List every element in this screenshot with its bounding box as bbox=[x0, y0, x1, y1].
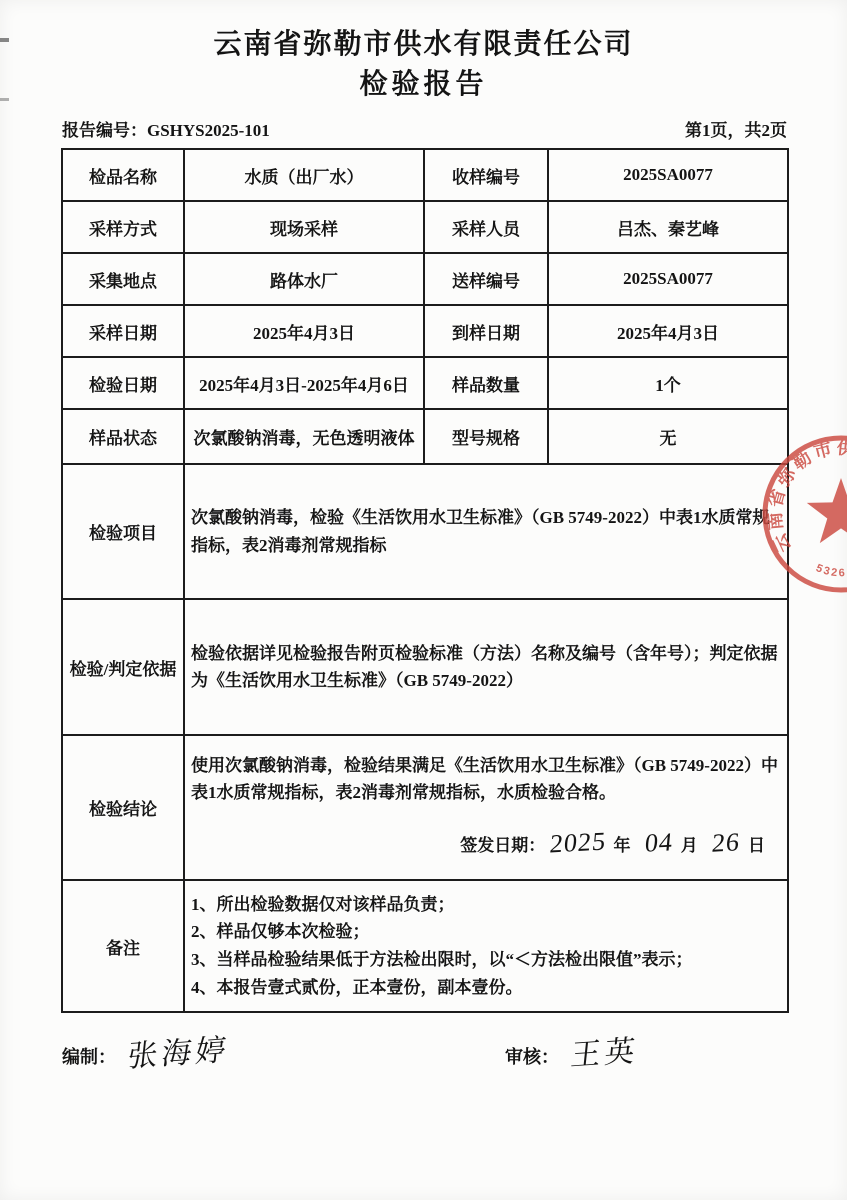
seal-code: 5326 bbox=[814, 562, 847, 579]
remark-line: 3、当样品检验结果低于方法检出限时，以“＜方法检出限值”表示； bbox=[191, 946, 781, 974]
field-label: 采样人员 bbox=[424, 201, 548, 253]
basis-row: 检验/判定依据 检验依据详见检验报告附页检验标准（方法）名称及编号（含年号）；判… bbox=[62, 599, 788, 735]
inspection-items-text: 次氯酸钠消毒，检验《生活饮用水卫生标准》（GB 5749-2022）中表1水质常… bbox=[184, 464, 788, 599]
remark-line: 1、所出检验数据仅对该样品负责； bbox=[191, 891, 781, 919]
reviewed-by-label: 审核： bbox=[505, 1047, 559, 1067]
report-page: 云南省弥勒市供水有限责任公司 检验报告 报告编号：GSHYS2025-101 第… bbox=[0, 0, 847, 1200]
report-meta-row: 报告编号：GSHYS2025-101 第1页，共2页 bbox=[62, 116, 787, 141]
table-row: 采集地点 路体水厂 送样编号 2025SA0077 bbox=[62, 253, 788, 305]
section-label: 备注 bbox=[62, 880, 184, 1012]
table-row: 采样方式 现场采样 采样人员 吕杰、秦艺峰 bbox=[62, 201, 788, 253]
page-indicator: 第1页，共2页 bbox=[685, 116, 787, 141]
reviewed-by-signature: 王英 bbox=[569, 1025, 642, 1074]
report-number: 报告编号：GSHYS2025-101 bbox=[62, 116, 270, 141]
sign-date-label: 签发日期： bbox=[460, 836, 545, 855]
conclusion-text: 使用次氯酸钠消毒，检验结果满足《生活饮用水卫生标准》（GB 5749-2022）… bbox=[191, 752, 781, 806]
field-value: 水质（出厂水） bbox=[184, 149, 424, 201]
field-value: 2025年4月3日 bbox=[548, 305, 788, 357]
report-number-value: GSHYS2025-101 bbox=[147, 121, 270, 140]
report-title: 检验报告 bbox=[0, 62, 847, 102]
field-label: 到样日期 bbox=[424, 305, 548, 357]
field-label: 检品名称 bbox=[62, 149, 184, 201]
field-label: 收样编号 bbox=[424, 149, 548, 201]
remark-line: 4、本报告壹式贰份，正本壹份，副本壹份。 bbox=[191, 974, 781, 1002]
report-info-table: 检品名称 水质（出厂水） 收样编号 2025SA0077 采样方式 现场采样 采… bbox=[61, 148, 789, 1013]
conclusion-row: 检验结论 使用次氯酸钠消毒，检验结果满足《生活饮用水卫生标准》（GB 5749-… bbox=[62, 735, 788, 880]
inspection-items-row: 检验项目 次氯酸钠消毒，检验《生活饮用水卫生标准》（GB 5749-2022）中… bbox=[62, 464, 788, 599]
field-value: 1个 bbox=[548, 357, 788, 409]
signature-footer: 编制：张海婷 审核：王英 bbox=[62, 1022, 787, 1078]
sign-date-month: 04 bbox=[643, 821, 675, 864]
section-label: 检验结论 bbox=[62, 735, 184, 880]
field-value: 2025SA0077 bbox=[548, 149, 788, 201]
field-label: 样品数量 bbox=[424, 357, 548, 409]
year-unit: 年 bbox=[614, 836, 631, 855]
section-label: 检验项目 bbox=[62, 464, 184, 599]
field-value: 2025年4月3日-2025年4月6日 bbox=[184, 357, 424, 409]
section-label: 检验/判定依据 bbox=[62, 599, 184, 735]
field-value: 次氯酸钠消毒，无色透明液体 bbox=[184, 409, 424, 464]
field-value: 无 bbox=[548, 409, 788, 464]
field-label: 型号规格 bbox=[424, 409, 548, 464]
table-row: 样品状态 次氯酸钠消毒，无色透明液体 型号规格 无 bbox=[62, 409, 788, 464]
field-value: 吕杰、秦艺峰 bbox=[548, 201, 788, 253]
company-title: 云南省弥勒市供水有限责任公司 bbox=[0, 22, 847, 62]
report-number-label: 报告编号： bbox=[62, 121, 147, 140]
field-label: 采集地点 bbox=[62, 253, 184, 305]
table-row: 检品名称 水质（出厂水） 收样编号 2025SA0077 bbox=[62, 149, 788, 201]
field-label: 送样编号 bbox=[424, 253, 548, 305]
field-value: 2025SA0077 bbox=[548, 253, 788, 305]
conclusion-cell: 使用次氯酸钠消毒，检验结果满足《生活饮用水卫生标准》（GB 5749-2022）… bbox=[184, 735, 788, 880]
remark-line: 2、样品仅够本次检验； bbox=[191, 918, 781, 946]
basis-text: 检验依据详见检验报告附页检验标准（方法）名称及编号（含年号）；判定依据为《生活饮… bbox=[184, 599, 788, 735]
month-unit: 月 bbox=[681, 836, 698, 855]
day-unit: 日 bbox=[748, 836, 765, 855]
field-label: 采样日期 bbox=[62, 305, 184, 357]
sign-date-day: 26 bbox=[710, 821, 742, 864]
field-label: 采样方式 bbox=[62, 201, 184, 253]
field-value: 2025年4月3日 bbox=[184, 305, 424, 357]
remarks-row: 备注 1、所出检验数据仅对该样品负责； 2、样品仅够本次检验； 3、当样品检验结… bbox=[62, 880, 788, 1012]
table-row: 检验日期 2025年4月3日-2025年4月6日 样品数量 1个 bbox=[62, 357, 788, 409]
star-icon bbox=[807, 478, 847, 543]
remarks-cell: 1、所出检验数据仅对该样品负责； 2、样品仅够本次检验； 3、当样品检验结果低于… bbox=[184, 880, 788, 1012]
sign-date-line: 签发日期： 2025年 04月 26日 bbox=[191, 822, 781, 864]
field-label: 检验日期 bbox=[62, 357, 184, 409]
field-value: 现场采样 bbox=[184, 201, 424, 253]
sign-date-year: 2025 bbox=[548, 820, 608, 864]
reviewed-by-block: 审核：王英 bbox=[505, 1028, 639, 1072]
prepared-by-signature: 张海婷 bbox=[126, 1024, 232, 1076]
prepared-by-label: 编制： bbox=[62, 1047, 116, 1067]
field-value: 路体水厂 bbox=[184, 253, 424, 305]
table-row: 采样日期 2025年4月3日 到样日期 2025年4月3日 bbox=[62, 305, 788, 357]
prepared-by-block: 编制：张海婷 bbox=[62, 1028, 230, 1072]
field-label: 样品状态 bbox=[62, 409, 184, 464]
